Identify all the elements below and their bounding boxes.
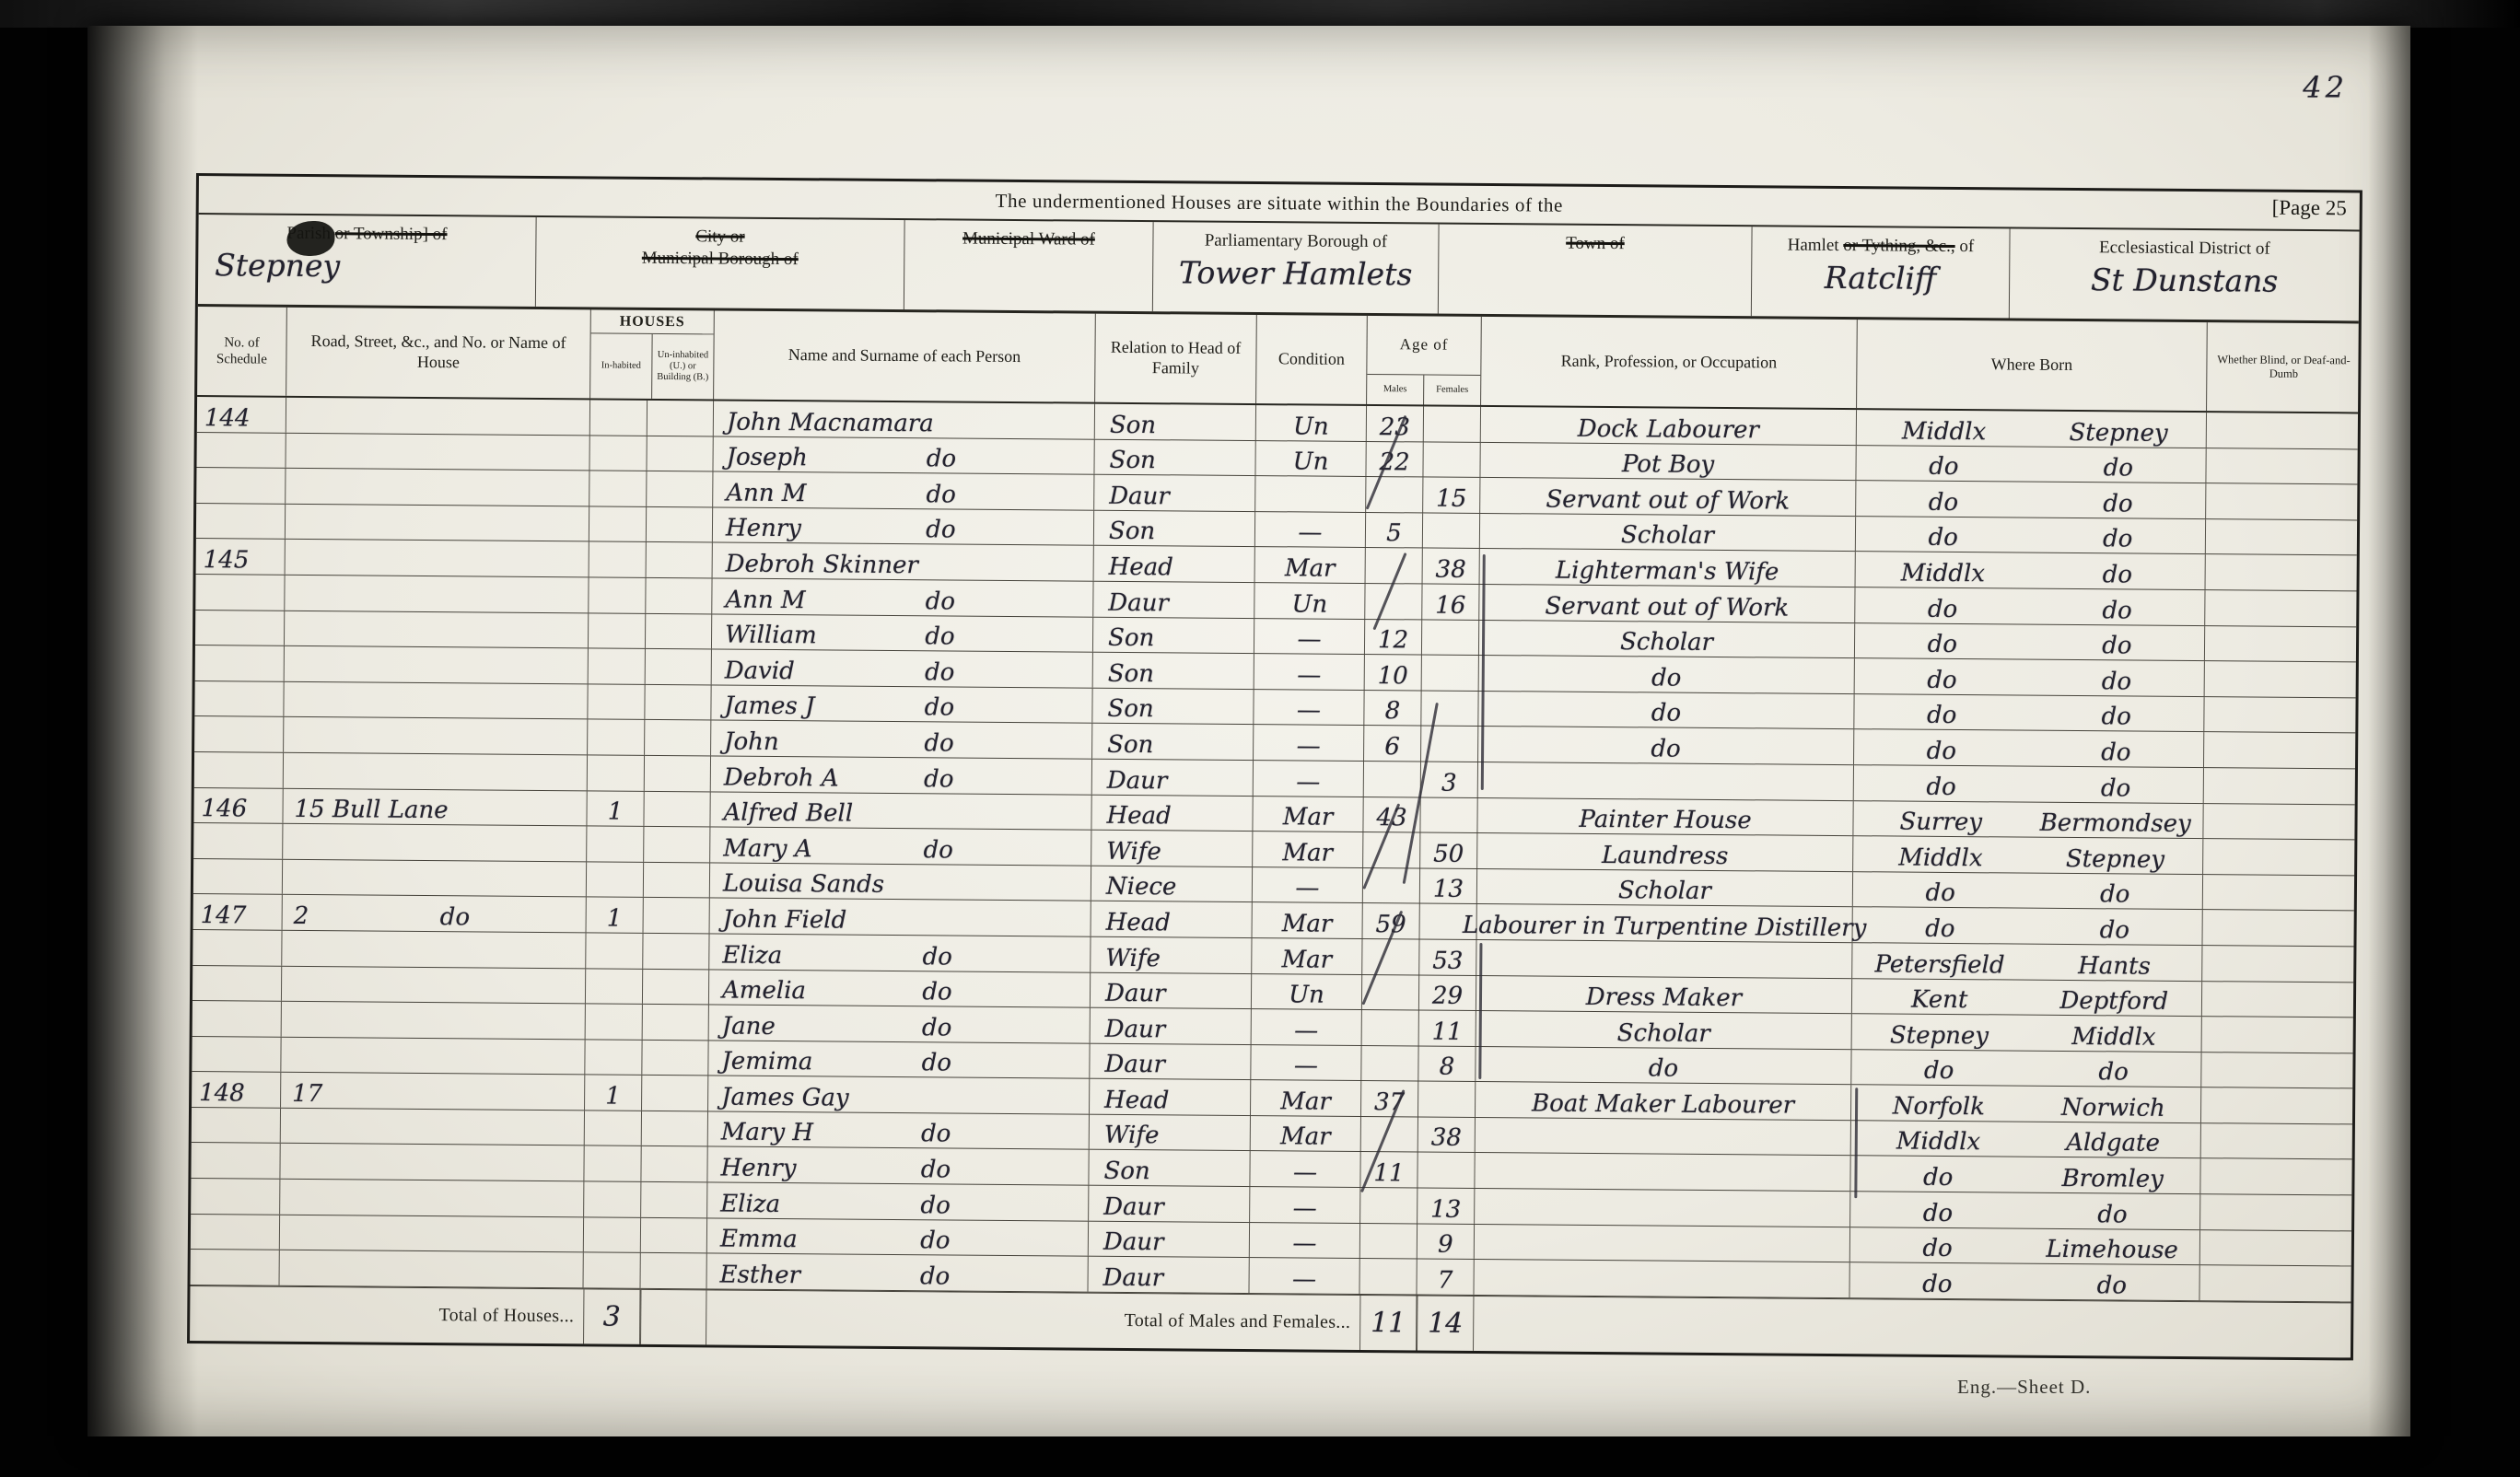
name-cell: William do xyxy=(712,614,1093,652)
uninhabited-cell xyxy=(641,1217,707,1252)
relation-cell: Daur xyxy=(1094,475,1255,511)
born-county: do xyxy=(1852,916,2027,943)
road-cell xyxy=(282,966,586,1003)
blind-cell xyxy=(2204,732,2357,768)
road-cell xyxy=(280,1180,584,1216)
schedule-number-cell xyxy=(191,1215,280,1250)
occupation-cell xyxy=(1475,1225,1850,1262)
age-group-label: Age of xyxy=(1367,316,1480,376)
inhabited-cell xyxy=(586,969,643,1004)
age-females-cell: 3 xyxy=(1421,762,1478,797)
col-relation: Relation to Head of Family xyxy=(1095,314,1257,403)
name-ditto-mark: do xyxy=(927,447,957,471)
schedule-number-cell xyxy=(193,823,283,858)
inhabited-cell xyxy=(584,1253,641,1288)
age-males-cell xyxy=(1362,1010,1419,1045)
born-cell: Norfolk Norwich xyxy=(1851,1085,2201,1122)
born-county: do xyxy=(1855,668,2030,694)
born-place: Middlx xyxy=(2026,1024,2201,1051)
born-cell: Petersfield Hants xyxy=(1852,943,2202,981)
schedule-number-cell xyxy=(194,716,284,751)
born-county: Stepney xyxy=(1852,1023,2027,1050)
inhabited-cell xyxy=(588,720,645,755)
born-county: do xyxy=(1850,1236,2025,1262)
relation-cell: Wife xyxy=(1091,831,1253,866)
born-cell: do do xyxy=(1855,587,2205,625)
blind-cell xyxy=(2205,626,2358,662)
age-males-cell xyxy=(1359,1259,1417,1294)
name-cell: Esther do xyxy=(707,1254,1089,1292)
relation-cell: Son xyxy=(1092,724,1254,760)
houses-subcolumns: In-habited Un-inhabited (U.) or Building… xyxy=(590,333,714,399)
inhabited-cell xyxy=(584,1181,641,1216)
schedule-number-cell xyxy=(196,468,286,503)
relation-cell: Daur xyxy=(1091,1008,1252,1044)
uninhabited-cell xyxy=(642,1076,708,1111)
condition-cell: Mar xyxy=(1255,547,1366,583)
uninhabited-cell xyxy=(647,542,713,577)
uninhabited-cell xyxy=(643,934,709,969)
hamlet-label-pre: Hamlet xyxy=(1788,236,1839,255)
blind-cell xyxy=(2203,839,2356,875)
road-cell: 15 Bull Lane xyxy=(283,788,587,825)
occupation-cell xyxy=(1474,1260,1849,1297)
age-females-cell: 38 xyxy=(1423,549,1480,584)
age-males-cell: 8 xyxy=(1364,691,1421,726)
born-cell: do do xyxy=(1855,623,2205,661)
blind-cell xyxy=(2206,519,2359,555)
occupation-cell: do xyxy=(1478,727,1854,764)
name-cell: Debroh Skinner xyxy=(713,543,1094,581)
hamlet-label-post: of xyxy=(1959,237,1974,256)
blind-cell xyxy=(2203,875,2356,911)
uninhabited-cell xyxy=(642,1111,708,1146)
born-county: Kent xyxy=(1852,987,2027,1014)
name-ditto-mark: do xyxy=(924,731,954,755)
form-title: The undermentioned Houses are situate wi… xyxy=(996,189,1564,216)
name-ditto-mark: do xyxy=(921,1122,951,1146)
relation-cell: Daur xyxy=(1089,1186,1250,1222)
name-ditto-mark: do xyxy=(923,945,953,969)
age-females-cell: 13 xyxy=(1417,1189,1475,1224)
city-label-line1: City or xyxy=(536,225,904,250)
age-males-cell xyxy=(1366,477,1423,512)
inhabited-cell: 1 xyxy=(585,1076,642,1111)
name-cell: Debroh A do xyxy=(711,756,1092,794)
age-males-cell xyxy=(1360,1188,1417,1223)
born-cell: do do xyxy=(1856,446,2206,483)
condition-cell: Mar xyxy=(1253,797,1363,832)
condition-cell: — xyxy=(1250,1223,1360,1259)
road-cell xyxy=(284,682,588,719)
schedule-number-cell xyxy=(194,681,284,716)
town-box: Town of xyxy=(1439,225,1753,317)
schedule-number-cell xyxy=(196,433,286,468)
totals-houses-value: 3 xyxy=(583,1289,640,1343)
totals-uninhabited-empty xyxy=(640,1290,706,1345)
road-cell xyxy=(281,1037,585,1074)
person-name: David xyxy=(725,658,795,683)
relation-cell: Wife xyxy=(1090,1115,1251,1151)
hamlet-label-struck: or Tything, &c., xyxy=(1843,236,1954,256)
born-county: do xyxy=(1851,1058,2026,1085)
uninhabited-cell xyxy=(641,1182,707,1217)
person-name: Esther xyxy=(720,1262,801,1287)
road-cell xyxy=(286,433,589,470)
occupation-cell: Servant out of Work xyxy=(1480,478,1856,516)
totals-houses-label: Total of Houses... xyxy=(190,1286,583,1343)
col-uninhabited: Un-inhabited (U.) or Building (B.) xyxy=(652,334,714,400)
condition-cell: — xyxy=(1254,761,1364,797)
condition-cell: — xyxy=(1249,1258,1359,1294)
blind-cell xyxy=(2206,483,2359,519)
born-cell: do do xyxy=(1851,1050,2201,1087)
blind-cell xyxy=(2202,1017,2355,1053)
born-cell: Middlx do xyxy=(1856,552,2206,590)
uninhabited-cell xyxy=(646,578,712,613)
person-name: Henry xyxy=(726,517,801,541)
condition-cell: Mar xyxy=(1252,938,1362,974)
name-ditto-mark: do xyxy=(922,1016,952,1040)
person-name: Mary A xyxy=(723,836,811,861)
road-cell xyxy=(284,717,588,754)
uninhabited-cell xyxy=(647,401,714,436)
name-ditto-mark: do xyxy=(925,660,955,684)
inhabited-cell xyxy=(589,613,646,648)
born-place: Stepney xyxy=(2031,420,2206,447)
blind-cell xyxy=(2205,590,2358,626)
uninhabited-cell xyxy=(641,1146,707,1181)
parish-box: Parish or Township] of Stepney xyxy=(198,215,537,307)
name-ditto-mark: do xyxy=(920,1264,951,1288)
name-cell: John Macnamara xyxy=(714,401,1095,438)
blind-cell xyxy=(2205,661,2358,697)
occupation-cell xyxy=(1475,1153,1850,1191)
inhabited-cell xyxy=(589,506,647,541)
age-females-cell xyxy=(1421,691,1478,726)
occupation-cell: Scholar xyxy=(1476,1011,1852,1049)
condition-cell: — xyxy=(1255,512,1366,548)
hamlet-label: Hamlet or Tything, &c., of xyxy=(1752,234,2009,258)
born-cell: do Limehouse xyxy=(1850,1227,2200,1265)
blind-cell xyxy=(2201,1053,2354,1088)
name-ditto-mark: do xyxy=(922,1051,952,1075)
born-cell: do do xyxy=(1852,907,2202,945)
name-cell: Eliza do xyxy=(709,934,1091,971)
born-place: do xyxy=(2029,704,2204,731)
born-place: Limehouse xyxy=(2024,1238,2199,1264)
blind-cell xyxy=(2201,1087,2354,1123)
road-cell xyxy=(280,1144,584,1180)
road-cell xyxy=(285,576,589,612)
road-cell xyxy=(282,931,586,968)
person-name: Amelia xyxy=(722,979,806,1004)
person-name: Debroh Skinner xyxy=(726,552,918,577)
born-place: do xyxy=(2027,882,2202,909)
born-county: do xyxy=(1855,632,2030,658)
age-males-cell xyxy=(1362,939,1419,974)
relation-cell: Wife xyxy=(1091,937,1252,973)
occupation-cell: Scholar xyxy=(1479,621,1855,658)
schedule-number-cell: 145 xyxy=(196,539,286,574)
age-males-cell: 22 xyxy=(1366,442,1423,477)
city-borough-box: City or Municipal Borough of xyxy=(536,217,905,309)
inhabited-cell xyxy=(589,436,647,471)
name-ditto-mark: do xyxy=(925,696,955,720)
relation-cell: Son xyxy=(1095,404,1256,440)
age-females-cell xyxy=(1417,1153,1475,1188)
schedule-number-cell xyxy=(192,1037,281,1072)
person-name: Ann M xyxy=(726,481,806,506)
relation-cell: Daur xyxy=(1090,1043,1251,1079)
schedule-number-cell xyxy=(196,504,286,539)
uninhabited-cell xyxy=(647,471,713,506)
born-county: Norfolk xyxy=(1851,1094,2026,1121)
inhabited-cell xyxy=(589,649,646,684)
name-cell: John do xyxy=(711,721,1092,759)
road-cell xyxy=(286,469,589,506)
age-females-cell: 38 xyxy=(1418,1117,1476,1152)
road-cell xyxy=(286,505,589,541)
age-males-cell xyxy=(1364,762,1421,797)
age-females-cell xyxy=(1422,620,1479,655)
age-females-cell xyxy=(1422,656,1479,691)
col-age-group: Age of Males Females xyxy=(1367,316,1482,405)
person-name: Debroh A xyxy=(724,765,839,790)
born-county: Middlx xyxy=(1853,845,2028,872)
age-females-cell xyxy=(1423,442,1480,477)
schedule-number-cell: 144 xyxy=(197,397,286,432)
age-females-cell: 7 xyxy=(1417,1260,1474,1295)
col-females: Females xyxy=(1424,375,1480,404)
blind-cell xyxy=(2199,1265,2352,1301)
condition-cell: — xyxy=(1254,619,1365,655)
uninhabited-cell xyxy=(644,791,710,826)
uninhabited-cell xyxy=(646,613,712,648)
municipal-ward-box: Municipal Ward of xyxy=(904,220,1154,311)
born-place: do xyxy=(2029,669,2204,695)
inhabited-cell xyxy=(587,826,644,861)
name-cell: Mary A do xyxy=(710,828,1091,866)
name-ditto-mark: do xyxy=(925,624,955,648)
uninhabited-cell xyxy=(641,1253,707,1288)
inhabited-cell xyxy=(588,684,645,719)
census-records: 144 John Macnamara Son Un 23 Dock Labour… xyxy=(191,397,2359,1302)
person-name: Mary H xyxy=(721,1121,813,1146)
condition-cell: Mar xyxy=(1253,902,1363,938)
person-name: James J xyxy=(724,694,814,719)
census-paper-sheet: 42 The undermentioned Houses are situate… xyxy=(87,26,2410,1436)
name-ditto-mark: do xyxy=(923,838,953,862)
person-name: Alfred Bell xyxy=(723,801,853,826)
occupation-cell: Servant out of Work xyxy=(1479,585,1855,622)
road-cell xyxy=(286,398,590,435)
occupation-cell: Laundress xyxy=(1477,833,1853,871)
town-label: Town of xyxy=(1439,232,1751,256)
eccl-value: St Dunstans xyxy=(2010,260,2359,300)
born-county: do xyxy=(1849,1272,2024,1298)
inhabited-cell xyxy=(590,400,647,435)
inhabited-cell: 1 xyxy=(587,898,644,933)
name-cell: John Field xyxy=(710,899,1091,936)
eccl-label: Ecclesiastical District of xyxy=(2010,236,2359,261)
condition-cell: Mar xyxy=(1253,832,1363,867)
born-place: do xyxy=(2030,563,2205,589)
condition-cell: Un xyxy=(1256,405,1367,441)
name-cell: Eliza do xyxy=(707,1182,1089,1220)
road-text: 17 xyxy=(292,1082,322,1106)
person-name: James Gay xyxy=(721,1085,849,1110)
born-county: do xyxy=(1854,774,2029,801)
name-cell: Amelia do xyxy=(709,970,1091,1007)
name-cell: Emma do xyxy=(707,1218,1089,1256)
name-cell: Alfred Bell xyxy=(710,792,1091,830)
born-cell: do do xyxy=(1856,481,2206,518)
schedule-number-cell: 147 xyxy=(193,894,283,929)
col-houses-group: HOUSES In-habited Un-inhabited (U.) or B… xyxy=(590,309,715,399)
col-inhabited: In-habited xyxy=(590,333,653,399)
born-cell: Middlx Aldgate xyxy=(1851,1121,2201,1158)
condition-cell: — xyxy=(1250,1187,1360,1223)
condition-cell: — xyxy=(1254,654,1365,690)
relation-cell: Head xyxy=(1091,901,1253,937)
name-ditto-mark: do xyxy=(922,980,952,1004)
schedule-number-cell xyxy=(195,645,285,680)
occupation-cell: Dress Maker xyxy=(1476,975,1852,1013)
born-cell: Middlx Stepney xyxy=(1853,836,2203,874)
road-text: 15 Bull Lane xyxy=(294,797,448,822)
col-schedule: No. of Schedule xyxy=(197,307,287,396)
schedule-number-cell: 148 xyxy=(192,1072,281,1107)
person-name: Louisa Sands xyxy=(723,872,884,897)
inhabited-cell xyxy=(584,1146,641,1181)
uninhabited-cell xyxy=(645,720,711,755)
name-cell: Jemima do xyxy=(708,1041,1090,1078)
born-place: do xyxy=(2031,491,2206,518)
occupation-cell: Lighterman's Wife xyxy=(1480,549,1856,587)
name-ditto-mark: do xyxy=(926,483,956,506)
name-cell: Jane do xyxy=(709,1005,1091,1042)
blind-cell xyxy=(2206,555,2359,591)
occupation-cell xyxy=(1475,1189,1850,1227)
condition-cell: — xyxy=(1253,867,1363,903)
name-cell: Mary H do xyxy=(708,1111,1090,1149)
col-blind: Whether Blind, or Deaf-and-Dumb xyxy=(2207,322,2361,412)
born-cell: Stepney Middlx xyxy=(1852,1014,2202,1052)
relation-cell: Daur xyxy=(1093,582,1254,618)
parish-label-struck: or Township] of xyxy=(335,224,448,244)
born-place: do xyxy=(2029,634,2204,660)
person-name: John Field xyxy=(723,907,847,932)
totals-females-value: 14 xyxy=(1417,1296,1474,1350)
condition-cell: Mar xyxy=(1251,1116,1361,1152)
condition-cell: — xyxy=(1254,725,1364,761)
age-females-cell: 16 xyxy=(1422,584,1479,619)
name-ditto-mark: do xyxy=(924,767,954,791)
condition-cell: — xyxy=(1252,1009,1362,1045)
totals-trailing-empty xyxy=(1474,1297,2352,1357)
parl-value: Tower Hamlets xyxy=(1153,253,1438,294)
born-place: do xyxy=(2029,740,2204,767)
name-ditto-mark: do xyxy=(921,1157,951,1181)
born-cell: do do xyxy=(1856,517,2206,554)
age-subcolumns: Males Females xyxy=(1367,375,1480,405)
blind-cell xyxy=(2200,1230,2353,1266)
condition-cell xyxy=(1255,476,1366,512)
ink-blot xyxy=(286,221,334,256)
condition-cell: Mar xyxy=(1251,1080,1361,1116)
born-cell: do do xyxy=(1849,1262,2199,1300)
road-cell xyxy=(281,1109,585,1146)
age-males-cell xyxy=(1361,1046,1418,1081)
uninhabited-cell xyxy=(643,1005,709,1040)
born-county: do xyxy=(1856,490,2031,517)
col-condition: Condition xyxy=(1256,315,1368,404)
occupation-cell: do xyxy=(1479,656,1855,693)
blind-cell xyxy=(2202,982,2355,1018)
sheet-imprint: Eng.—Sheet D. xyxy=(1957,1376,2091,1399)
schedule-number-cell xyxy=(194,752,284,787)
schedule-number-cell xyxy=(193,859,283,894)
born-cell: Surrey Bermondsey xyxy=(1853,801,2203,839)
relation-cell: Head xyxy=(1094,546,1255,582)
name-cell: James J do xyxy=(711,685,1092,723)
born-place: Stepney xyxy=(2028,846,2203,873)
born-place: Bermondsey xyxy=(2028,811,2203,838)
born-place: do xyxy=(2026,1060,2201,1087)
born-place: do xyxy=(2027,918,2202,945)
folio-number: 42 xyxy=(2303,70,2348,105)
relation-cell: Head xyxy=(1091,795,1253,831)
uninhabited-cell xyxy=(645,756,711,791)
born-county: Middlx xyxy=(1857,419,2032,446)
occupation-cell: Dock Labourer xyxy=(1481,407,1857,445)
age-females-cell xyxy=(1420,797,1477,832)
blind-cell xyxy=(2204,768,2357,804)
road-cell: 2 do xyxy=(283,895,587,932)
age-females-cell: 29 xyxy=(1419,975,1476,1010)
uninhabited-cell xyxy=(643,969,709,1004)
born-cell: Kent Deptford xyxy=(1852,979,2202,1017)
uninhabited-cell xyxy=(644,863,710,898)
age-females-cell xyxy=(1423,513,1480,548)
person-name: Emma xyxy=(720,1227,798,1252)
ward-label: Municipal Ward of xyxy=(904,227,1152,251)
name-ditto-mark: do xyxy=(926,518,956,542)
relation-cell: Son xyxy=(1094,439,1255,475)
uninhabited-cell xyxy=(647,436,713,471)
blind-cell xyxy=(2200,1159,2353,1195)
schedule-number-cell xyxy=(192,965,282,1000)
schedule-number-cell xyxy=(195,575,285,610)
born-cell: do do xyxy=(1854,765,2204,803)
born-place: do xyxy=(2028,775,2203,802)
condition-cell: — xyxy=(1250,1151,1360,1187)
col-name: Name and Surname of each Person xyxy=(714,310,1096,401)
totals-mf-label: Total of Males and Females... xyxy=(706,1290,1359,1350)
road-cell xyxy=(283,859,587,896)
hamlet-value: Ratcliff xyxy=(1752,258,2009,297)
born-place: Aldgate xyxy=(2025,1131,2200,1157)
relation-cell: Son xyxy=(1092,688,1254,724)
col-males: Males xyxy=(1367,375,1424,404)
age-males-cell: 5 xyxy=(1366,513,1423,548)
hamlet-box: Hamlet or Tything, &c., of Ratcliff xyxy=(1752,227,2011,318)
person-name: Henry xyxy=(720,1157,796,1181)
born-county: do xyxy=(1850,1165,2025,1192)
born-county: do xyxy=(1856,526,2031,552)
schedule-number-cell xyxy=(191,1250,280,1285)
